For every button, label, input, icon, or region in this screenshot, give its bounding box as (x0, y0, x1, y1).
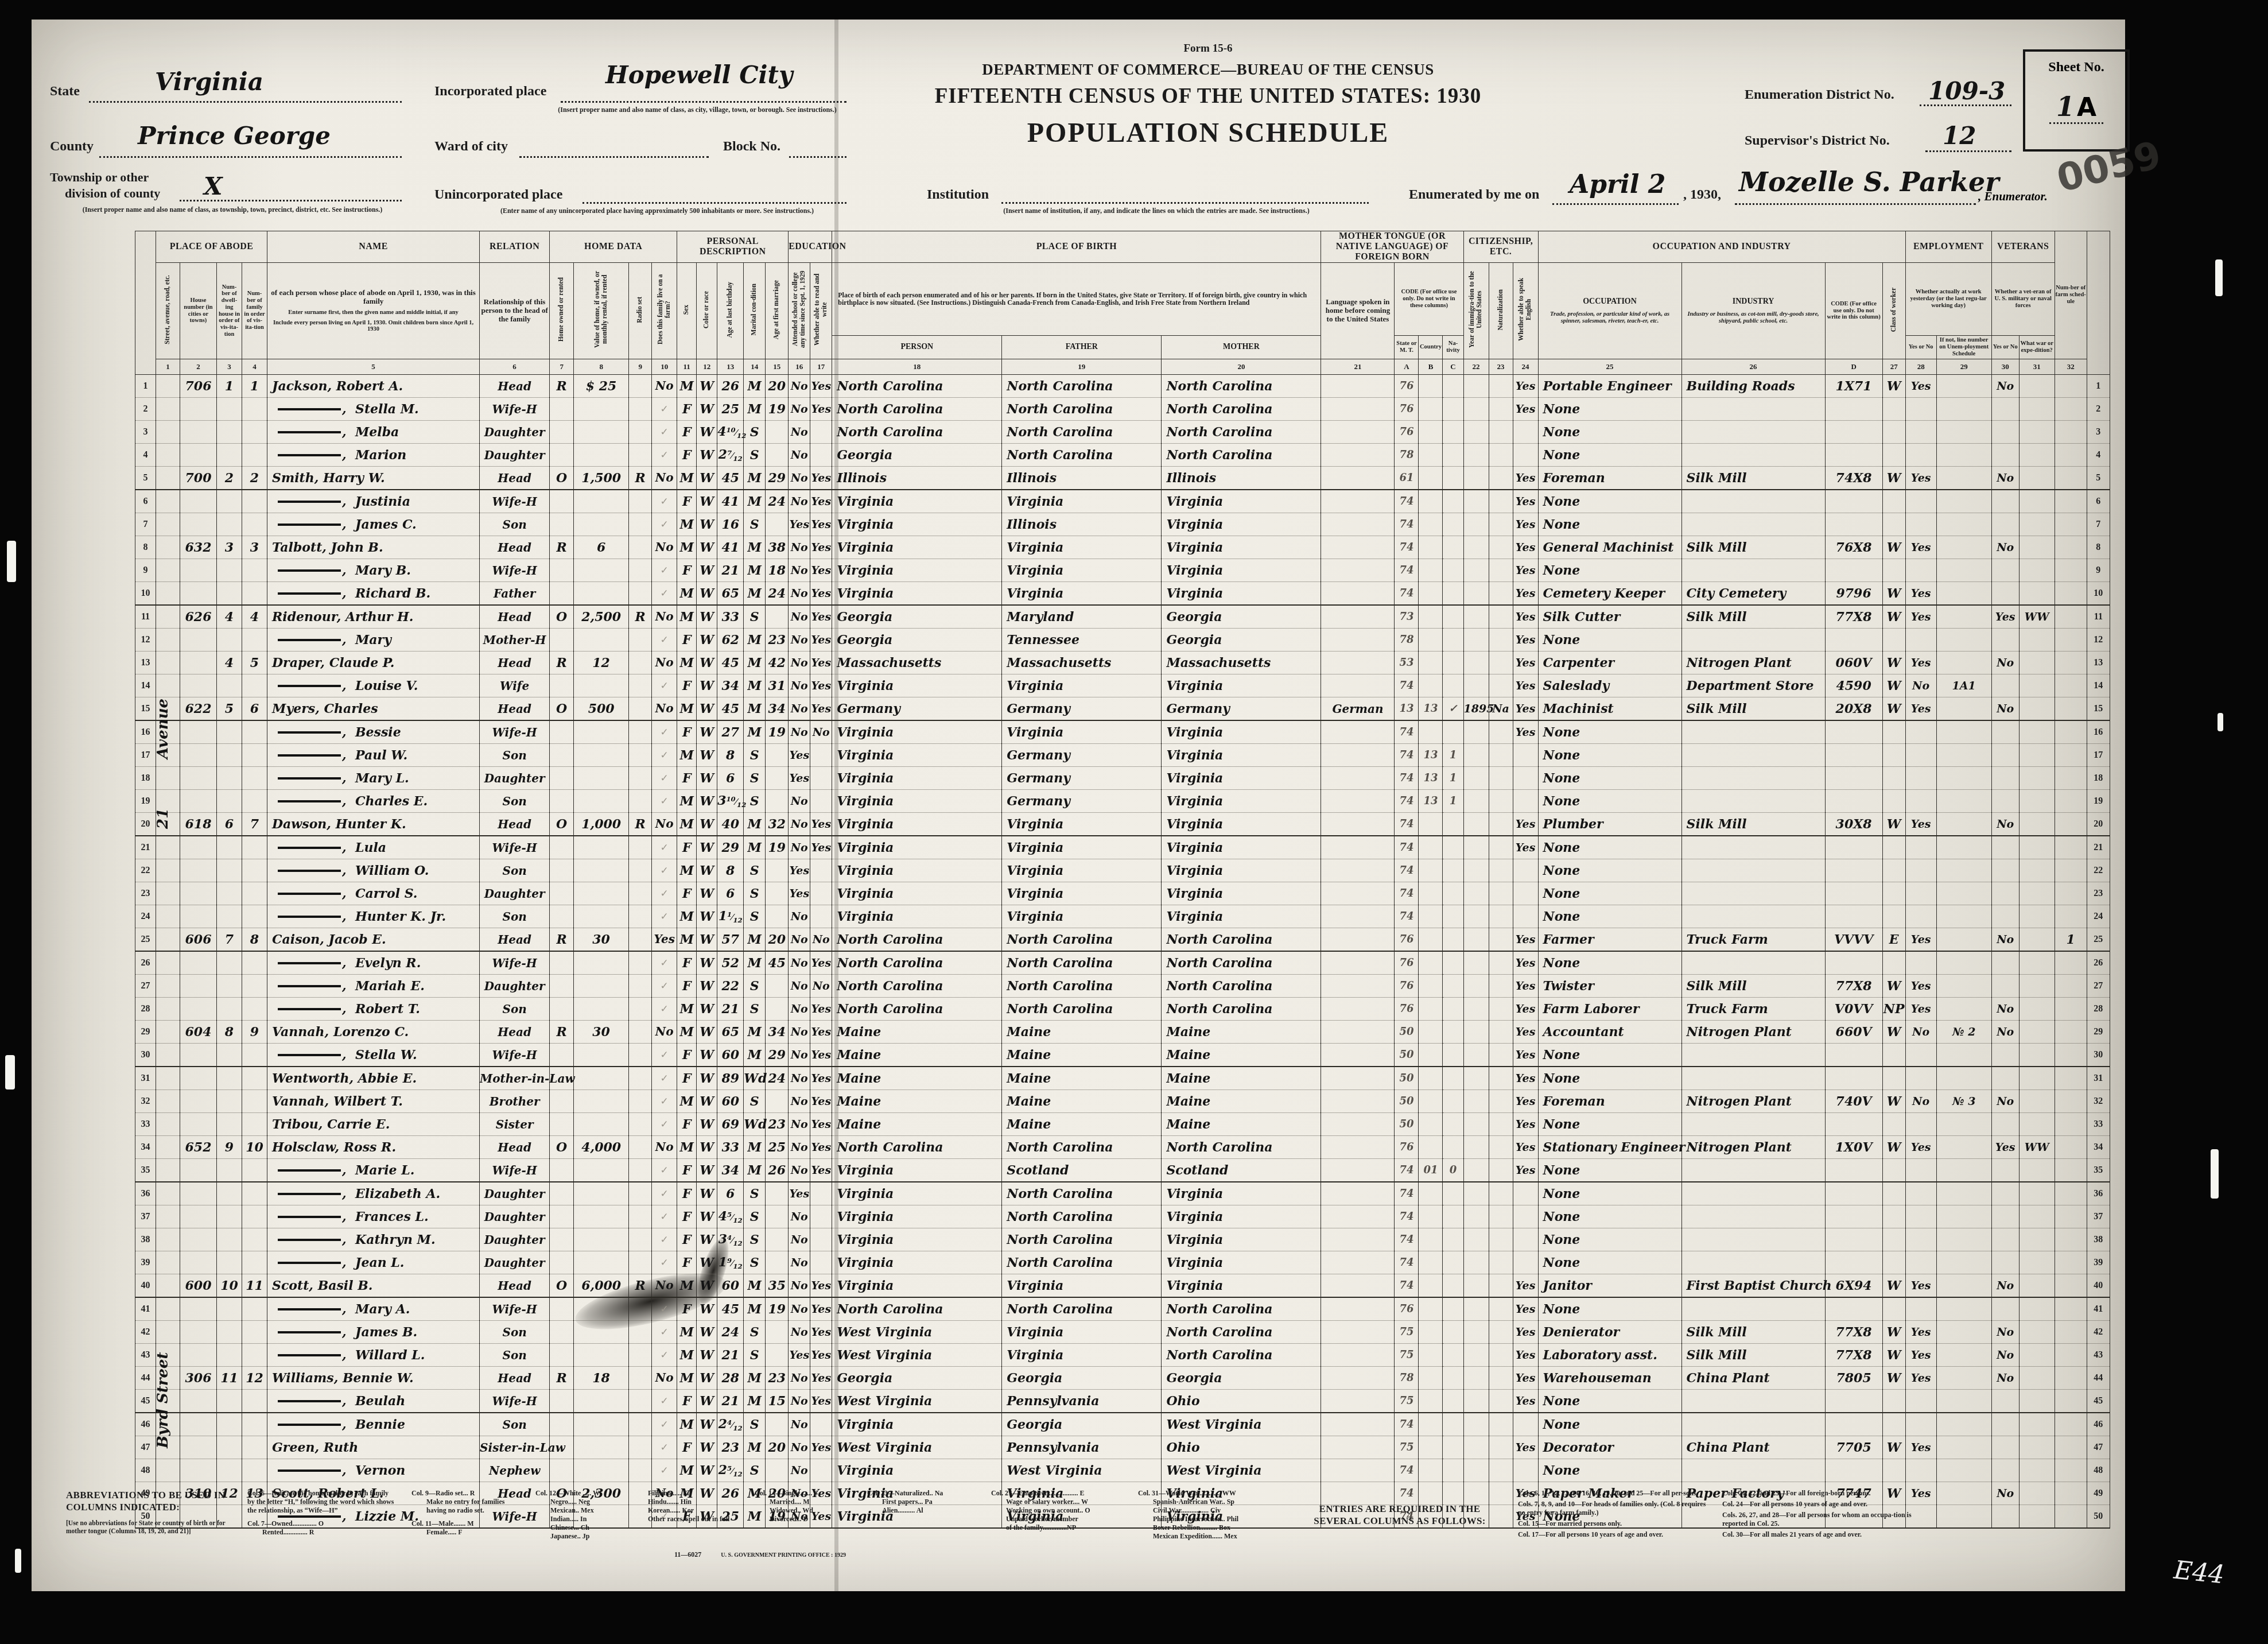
cell-name: , Frances L. (267, 1205, 480, 1228)
cell-worked: Yes (1905, 813, 1936, 836)
cell-school: No (789, 421, 810, 444)
column-number: 32 (2055, 359, 2087, 375)
cell-age: 60 (717, 1044, 744, 1067)
abbr-item: First papers... Pa (867, 1498, 976, 1506)
cell-name: , Louise V. (267, 674, 480, 697)
cell-unemployment-line (1936, 605, 1991, 629)
cell-relation: Wife-H (480, 836, 550, 859)
cell-radio (629, 767, 652, 790)
cell-veteran (1991, 490, 2019, 513)
cell-code-a: 74 (1395, 905, 1419, 928)
state-value: Virginia (155, 70, 263, 94)
cell-school: No (789, 652, 810, 674)
cell-street (156, 1228, 180, 1251)
cell-school: Yes (789, 767, 810, 790)
cell-farm: ✓ (652, 951, 677, 975)
cell-mother-birthplace: Germany (1162, 697, 1321, 721)
line-number: 32 (135, 1090, 156, 1113)
cell-code-a: 76 (1395, 951, 1419, 975)
cell-age: 21 (717, 998, 744, 1021)
cell-home-value: 6,000 (574, 1274, 629, 1298)
abbr-col11: Col. 11—Male....... MFemale..... F (411, 1519, 521, 1537)
cell-english: Yes (1513, 813, 1538, 836)
cell-school: No (789, 720, 810, 744)
line-number: 29 (135, 1021, 156, 1044)
cell-code-d (1825, 1459, 1882, 1482)
entries-item: Col. 15—For married persons only. (1518, 1519, 1707, 1528)
cell-worked (1905, 1182, 1936, 1205)
cell-owned (550, 582, 574, 606)
cell-code-b (1419, 467, 1443, 490)
cell-dwelling (217, 1159, 242, 1182)
col-occupation-header: OCCUPATIONTrade, profession, or particul… (1538, 263, 1681, 359)
cell-farm-schedule (2055, 1113, 2087, 1136)
cell-age: 23 (717, 1436, 744, 1459)
cell-marital: M (744, 398, 766, 421)
cell-code-a: 75 (1395, 1344, 1419, 1367)
cell-age-married: 34 (766, 697, 789, 721)
cell-code-a: 75 (1395, 1436, 1419, 1459)
column-number: 3 (217, 359, 242, 375)
abbr-col6: Col. 6—Indicate the home-maker in each f… (247, 1489, 397, 1515)
cell-worker-class: W (1882, 674, 1905, 697)
cell-code-d (1825, 444, 1882, 467)
cell-sex: F (677, 1228, 697, 1251)
cell-street (156, 490, 180, 513)
cell-veteran: No (1991, 1274, 2019, 1298)
cell-birthplace: North Carolina (832, 421, 1002, 444)
cell-home-value: 1,500 (574, 467, 629, 490)
cell-radio (629, 1297, 652, 1321)
cell-house (180, 720, 217, 744)
cell-age-married (766, 513, 789, 536)
cell-owned (550, 767, 574, 790)
cell-occupation: Laboratory asst. (1538, 1344, 1681, 1367)
col-relation-header: Relationship of this person to the head … (480, 263, 550, 359)
column-number: 4 (242, 359, 267, 375)
cell-naturalization (1489, 674, 1513, 697)
cell-read-write: Yes (810, 1113, 832, 1136)
cell-race: W (697, 744, 717, 767)
cell-english (1513, 1413, 1538, 1436)
cell-owned: R (550, 536, 574, 559)
cell-race: W (697, 652, 717, 674)
column-number: 20 (1162, 359, 1321, 375)
cell-farm: No (652, 652, 677, 674)
cell-code-c: ✓ (1443, 697, 1463, 721)
cell-english (1513, 882, 1538, 905)
cell-father-birthplace: North Carolina (1002, 444, 1162, 467)
cell-occupation: Machinist (1538, 697, 1681, 721)
cell-family (242, 674, 267, 697)
cell-code-c (1443, 1205, 1463, 1228)
cell-race: W (697, 1021, 717, 1044)
cell-worked: Yes (1905, 1344, 1936, 1367)
person-row: 32Vannah, Wilbert T.Brother✓MW60SNoYesMa… (135, 1090, 2110, 1113)
cell-unemployment-line (1936, 836, 1991, 859)
line-number: 8 (135, 536, 156, 559)
cell-home-value: 2,500 (574, 605, 629, 629)
cell-worked (1905, 1251, 1936, 1274)
cell-veteran (1991, 513, 2019, 536)
cell-mother-tongue (1321, 1136, 1395, 1159)
cell-worked (1905, 1297, 1936, 1321)
cell-code-a: 50 (1395, 1044, 1419, 1067)
cell-veteran: No (1991, 1344, 2019, 1367)
cell-marital: M (744, 375, 766, 398)
cell-marital: S (744, 767, 766, 790)
cell-sex: F (677, 1205, 697, 1228)
cell-occupation: General Machinist (1538, 536, 1681, 559)
line-number: 37 (2087, 1205, 2110, 1228)
line-number: 20 (135, 813, 156, 836)
abbr-item: Other races, spell out in full (648, 1515, 740, 1523)
cell-occupation: Farm Laborer (1538, 998, 1681, 1021)
cell-code-c (1443, 490, 1463, 513)
cell-read-write (810, 421, 832, 444)
cell-race: W (697, 1044, 717, 1067)
line-number: 40 (2087, 1274, 2110, 1298)
cell-family: 6 (242, 697, 267, 721)
cell-veteran: No (1991, 813, 2019, 836)
cell-house (180, 1321, 217, 1344)
cell-naturalization (1489, 1182, 1513, 1205)
cell-mother-birthplace: Virginia (1162, 536, 1321, 559)
cell-worked (1905, 1113, 1936, 1136)
cell-relation: Son (480, 513, 550, 536)
cell-read-write: Yes (810, 674, 832, 697)
cell-dwelling (217, 882, 242, 905)
incorporated-value: Hopewell City (605, 63, 793, 87)
cell-sex: M (677, 1136, 697, 1159)
cell-radio (629, 1159, 652, 1182)
cell-radio (629, 1182, 652, 1205)
cell-industry: City Cemetery (1681, 582, 1825, 606)
cell-school: Yes (789, 744, 810, 767)
cell-code-d (1825, 1390, 1882, 1413)
cell-owned (550, 1205, 574, 1228)
cell-worker-class: W (1882, 697, 1905, 721)
cell-code-d: 9796 (1825, 582, 1882, 606)
person-row: 26, Evelyn R.Wife-H✓FW52M45NoYesNorth Ca… (135, 951, 2110, 975)
cell-marital: M (744, 1390, 766, 1413)
enumerated-date-value: April 2 (1570, 170, 1665, 199)
cell-family (242, 882, 267, 905)
cell-code-c (1443, 1044, 1463, 1067)
cell-mother-tongue (1321, 1021, 1395, 1044)
cell-code-c (1443, 1228, 1463, 1251)
cell-dwelling (217, 1067, 242, 1090)
cell-father-birthplace: North Carolina (1002, 951, 1162, 975)
cell-age: 6 (717, 767, 744, 790)
cell-home-value: $ 25 (574, 375, 629, 398)
cell-read-write: Yes (810, 1021, 832, 1044)
cell-birthplace: Virginia (832, 720, 1002, 744)
cell-age-married: 23 (766, 1367, 789, 1390)
cell-code-a: 50 (1395, 1021, 1419, 1044)
cell-code-d: 77X8 (1825, 1344, 1882, 1367)
cell-owned (550, 1390, 574, 1413)
col-code-a-header: State or M. T. (1395, 336, 1419, 359)
cell-war: WW (2019, 1136, 2055, 1159)
cell-code-d: 1X71 (1825, 375, 1882, 398)
cell-owned: O (550, 1136, 574, 1159)
cell-marital: S (744, 1413, 766, 1436)
column-number: 29 (1936, 359, 1991, 375)
cell-owned (550, 1159, 574, 1182)
cell-age-married: 20 (766, 928, 789, 952)
cell-house (180, 951, 217, 975)
cell-birthplace: Massachusetts (832, 652, 1002, 674)
cell-unemployment-line (1936, 1321, 1991, 1344)
cell-school: Yes (789, 513, 810, 536)
cell-school: No (789, 1321, 810, 1344)
cell-naturalization (1489, 467, 1513, 490)
cell-code-a: 50 (1395, 1113, 1419, 1136)
cell-owned: R (550, 652, 574, 674)
cell-worked: No (1905, 1090, 1936, 1113)
cell-radio (629, 882, 652, 905)
cell-father-birthplace: Virginia (1002, 720, 1162, 744)
cell-age: 25 (717, 398, 744, 421)
cell-marital: S (744, 744, 766, 767)
cell-name: Williams, Bennie W. (267, 1367, 480, 1390)
cell-age: 45 (717, 1297, 744, 1321)
cell-street (156, 1113, 180, 1136)
cell-age: 19⁄12 (717, 1251, 744, 1274)
cell-farm: ✓ (652, 998, 677, 1021)
cell-code-a: 74 (1395, 1205, 1419, 1228)
line-number: 11 (135, 605, 156, 629)
cell-family (242, 1159, 267, 1182)
cell-immigration (1463, 1136, 1489, 1159)
cell-birthplace: Virginia (832, 674, 1002, 697)
col-school-header: Attended school or college any time sinc… (789, 263, 810, 359)
cell-naturalization (1489, 444, 1513, 467)
cell-father-birthplace: Virginia (1002, 813, 1162, 836)
cell-code-a: 74 (1395, 813, 1419, 836)
cell-name: , Mary B. (267, 559, 480, 582)
line-number: 46 (135, 1413, 156, 1436)
cell-school: No (789, 1367, 810, 1390)
abbr-item: Divorced... D (755, 1515, 852, 1523)
line-number: 47 (2087, 1436, 2110, 1459)
cell-school: Yes (789, 1182, 810, 1205)
cell-code-d (1825, 629, 1882, 652)
line-number: 28 (2087, 998, 2110, 1021)
cell-home-value (574, 1044, 629, 1067)
cell-industry: First Baptist Church (1681, 1274, 1825, 1298)
cell-owned (550, 859, 574, 882)
cell-veteran: No (1991, 998, 2019, 1021)
person-row: 12, MaryMother-H✓FW62M23NoYesGeorgiaTenn… (135, 629, 2110, 652)
cell-dwelling: 2 (217, 467, 242, 490)
cell-age-married: 18 (766, 559, 789, 582)
cell-radio (629, 1067, 652, 1090)
cell-mother-tongue (1321, 652, 1395, 674)
cell-immigration (1463, 859, 1489, 882)
line-number: 40 (135, 1274, 156, 1298)
cell-unemployment-line: № 2 (1936, 1021, 1991, 1044)
cell-naturalization (1489, 1459, 1513, 1482)
cell-worker-class (1882, 767, 1905, 790)
cell-house (180, 859, 217, 882)
cell-immigration (1463, 720, 1489, 744)
cell-english: Yes (1513, 998, 1538, 1021)
cell-veteran (1991, 1113, 2019, 1136)
cell-immigration (1463, 1344, 1489, 1367)
cell-worker-class (1882, 882, 1905, 905)
column-number: 31 (2019, 359, 2055, 375)
cell-dwelling (217, 744, 242, 767)
cell-unemployment-line (1936, 1459, 1991, 1482)
group-header: RELATION (480, 231, 550, 263)
cell-birthplace: Maine (832, 1090, 1002, 1113)
cell-radio (629, 998, 652, 1021)
cell-race: W (697, 444, 717, 467)
abbr-item: Col. 14—Single....... S (755, 1489, 852, 1498)
cell-farm: No (652, 605, 677, 629)
cell-owned (550, 1321, 574, 1344)
column-number: 10 (652, 359, 677, 375)
cell-home-value (574, 744, 629, 767)
cell-worked (1905, 882, 1936, 905)
cell-mother-tongue (1321, 444, 1395, 467)
cell-age: 40 (717, 813, 744, 836)
cell-school: No (789, 1090, 810, 1113)
cell-race: W (697, 928, 717, 952)
entries-item: Cols. 7, 8, 9, and 10—For heads of famil… (1518, 1500, 1707, 1517)
cell-sex: M (677, 605, 697, 629)
cell-school: No (789, 813, 810, 836)
cell-war (2019, 559, 2055, 582)
line-number: 12 (135, 629, 156, 652)
person-row: 1345Draper, Claude P.HeadR12NoMW45M42NoY… (135, 652, 2110, 674)
cell-farm-schedule (2055, 1136, 2087, 1159)
cell-owned: O (550, 697, 574, 721)
cell-age-married: 19 (766, 398, 789, 421)
cell-street (156, 998, 180, 1021)
cell-school: No (789, 674, 810, 697)
cell-family (242, 998, 267, 1021)
cell-war (2019, 1159, 2055, 1182)
cell-worker-class (1882, 1113, 1905, 1136)
cell-code-d (1825, 513, 1882, 536)
cell-dwelling: 3 (217, 536, 242, 559)
cell-birthplace: Virginia (832, 1459, 1002, 1482)
cell-english: Yes (1513, 559, 1538, 582)
cell-industry (1681, 421, 1825, 444)
cell-name: , Mary L. (267, 767, 480, 790)
person-row: 443061112Williams, Bennie W.HeadR18NoMW2… (135, 1367, 2110, 1390)
cell-worked (1905, 790, 1936, 813)
cell-birthplace: North Carolina (832, 375, 1002, 398)
cell-name: , Melba (267, 421, 480, 444)
cell-veteran (1991, 1251, 2019, 1274)
cell-code-b (1419, 1436, 1443, 1459)
county-line (99, 156, 402, 158)
cell-code-a: 78 (1395, 444, 1419, 467)
cell-family (242, 1344, 267, 1367)
line-number: 8 (2087, 536, 2110, 559)
line-number: 37 (135, 1205, 156, 1228)
film-punch-mark (15, 1549, 21, 1573)
cell-name: , Mary (267, 629, 480, 652)
cell-birthplace: Virginia (832, 1413, 1002, 1436)
col-industry-header: INDUSTRYIndustry or business, as cot-ton… (1681, 263, 1825, 359)
cell-house (180, 1113, 217, 1136)
cell-read-write: Yes (810, 490, 832, 513)
cell-dwelling: 8 (217, 1021, 242, 1044)
cell-home-value: 1,000 (574, 813, 629, 836)
cell-home-value: 4,000 (574, 1136, 629, 1159)
cell-home-value (574, 767, 629, 790)
cell-age: 8 (717, 859, 744, 882)
cell-immigration (1463, 1044, 1489, 1067)
person-row: 23, Carrol S.Daughter✓FW6SYesVirginiaVir… (135, 882, 2110, 905)
cell-marital: M (744, 629, 766, 652)
line-number: 35 (2087, 1159, 2110, 1182)
cell-code-a: 74 (1395, 582, 1419, 606)
cell-sex: M (677, 536, 697, 559)
column-number: 1 (156, 359, 180, 375)
line-number: 48 (135, 1459, 156, 1482)
cell-naturalization (1489, 836, 1513, 859)
cell-dwelling (217, 1205, 242, 1228)
line-number: 21 (2087, 836, 2110, 859)
unincorporated-label: Unincorporated place (434, 187, 562, 203)
cell-worker-class (1882, 951, 1905, 975)
cell-age-married: 24 (766, 1067, 789, 1090)
cell-age-married: 34 (766, 1021, 789, 1044)
line-number: 17 (2087, 744, 2110, 767)
cell-marital: M (744, 536, 766, 559)
cell-code-b (1419, 1067, 1443, 1090)
cell-birthplace: Virginia (832, 1274, 1002, 1298)
line-number: 47 (135, 1436, 156, 1459)
cell-worker-class (1882, 790, 1905, 813)
cell-code-d (1825, 859, 1882, 882)
cell-unemployment-line (1936, 490, 1991, 513)
cell-relation: Father (480, 582, 550, 606)
line-number: 10 (2087, 582, 2110, 606)
col-birthplace-father-header: FATHER (1002, 336, 1162, 359)
cell-immigration (1463, 467, 1489, 490)
cell-code-b (1419, 1113, 1443, 1136)
cell-naturalization (1489, 536, 1513, 559)
cell-age-married: 19 (766, 1297, 789, 1321)
cell-worked (1905, 1159, 1936, 1182)
cell-code-b (1419, 513, 1443, 536)
cell-code-d (1825, 490, 1882, 513)
cell-farm-schedule (2055, 1274, 2087, 1298)
cell-sex: F (677, 490, 697, 513)
cell-code-a: 74 (1395, 1413, 1419, 1436)
cell-home-value (574, 421, 629, 444)
cell-owned (550, 398, 574, 421)
line-number: 9 (2087, 559, 2110, 582)
cell-english (1513, 1228, 1538, 1251)
enumerator-line (1735, 203, 1976, 205)
cell-father-birthplace: North Carolina (1002, 1182, 1162, 1205)
cell-name: , Mariah E. (267, 975, 480, 998)
cell-radio (629, 536, 652, 559)
cell-school: No (789, 1067, 810, 1090)
cell-code-b (1419, 1228, 1443, 1251)
line-number: 4 (2087, 444, 2110, 467)
cell-sex: F (677, 1044, 697, 1067)
cell-age: 21 (717, 559, 744, 582)
